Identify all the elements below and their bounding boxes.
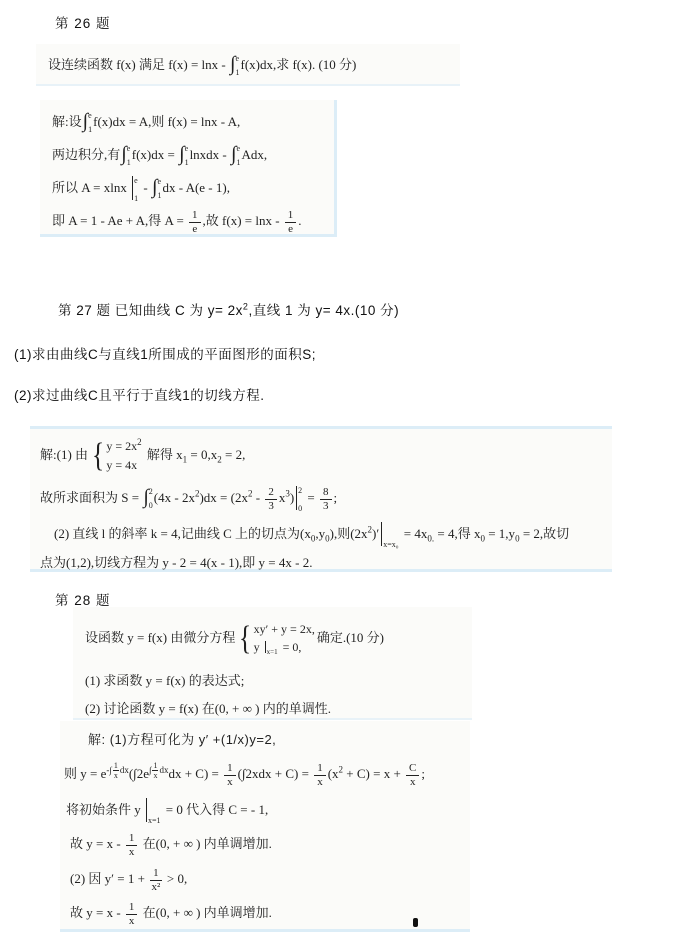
problem-28-question-line: 设函数 y = f(x) 由微分方程{xy′ + y = 2x,y x=1 = … xyxy=(85,609,472,667)
problem-28-question-line: (2) 讨论函数 y = f(x) 在(0, + ∞ ) 内的单调性. xyxy=(85,695,472,722)
problem-26-question-line: 设连续函数 f(x) 满足 f(x) = lnx - ∫e1f(x)dx,求 f… xyxy=(48,48,460,82)
solution-line: 将初始条件 y x=1 = 0 代入得 C = - 1, xyxy=(64,793,470,827)
solution-line: 所以 A = xlnx e1 - ∫e1dx - A(e - 1), xyxy=(52,171,334,204)
problem-28-question-box: 设函数 y = f(x) 由微分方程{xy′ + y = 2x,y x=1 = … xyxy=(73,607,472,720)
problem-27-item-2: (2)求过曲线C且平行于直线1的切线方程. xyxy=(14,384,265,404)
solution-line: 点为(1,2),切线方程为 y - 2 = 4(x - 1),即 y = 4x … xyxy=(40,550,612,576)
problem-26-header: 第 26 题 xyxy=(55,12,111,32)
solution-line: 即 A = 1 - Ae + A,得 A = 1e,故 f(x) = lnx -… xyxy=(52,204,334,237)
solution-line: (2) 直线 l 的斜率 k = 4,记曲线 C 上的切点为(x0,y0),则(… xyxy=(40,518,612,550)
solution-line: 故 y = x - 1x 在(0, + ∞ ) 内单调增加. xyxy=(64,896,470,930)
problem-27-item-1: (1)求由曲线C与直线1所围成的平面图形的面积S; xyxy=(14,343,316,363)
problem-28-solution-box: 解: (1)方程可化为 y′ +(1/x)y=2, 则 y = e-∫1xdx(… xyxy=(60,721,470,932)
problem-28-header: 第 28 题 xyxy=(55,589,111,609)
solution-line: (2) 因 y′ = 1 + 1x² > 0, xyxy=(64,861,470,896)
solution-line: 解:(1) 由{y = 2x2y = 4x 解得 x1 = 0,x2 = 2, xyxy=(40,432,612,478)
ink-dot-artifact xyxy=(413,918,418,927)
problem-26-solution-box: 解:设∫e1f(x)dx = A,则 f(x) = lnx - A, 两边积分,… xyxy=(40,100,337,237)
solution-line: 故 y = x - 1x 在(0, + ∞ ) 内单调增加. xyxy=(64,827,470,861)
solution-line: 则 y = e-∫1xdx(∫2e∫1xdxdx + C) = 1x(∫2xdx… xyxy=(64,755,470,793)
solution-line: 故所求面积为 S = ∫20(4x - 2x2)dx = (2x2 - 23x3… xyxy=(40,478,612,518)
solution-line: 解:设∫e1f(x)dx = A,则 f(x) = lnx - A, xyxy=(52,105,334,138)
problem-27-title: 第 27 题 已知曲线 C 为 y= 2x2,直线 1 为 y= 4x.(10 … xyxy=(58,299,399,319)
solution-line: 解: (1)方程可化为 y′ +(1/x)y=2, xyxy=(64,725,470,755)
solution-line: 两边积分,有∫e1f(x)dx = ∫e1lnxdx - ∫e1Adx, xyxy=(52,138,334,171)
problem-28-question-line: (1) 求函数 y = f(x) 的表达式; xyxy=(85,667,472,695)
problem-27-solution-box: 解:(1) 由{y = 2x2y = 4x 解得 x1 = 0,x2 = 2, … xyxy=(30,426,612,572)
problem-26-question-box: 设连续函数 f(x) 满足 f(x) = lnx - ∫e1f(x)dx,求 f… xyxy=(36,44,460,86)
